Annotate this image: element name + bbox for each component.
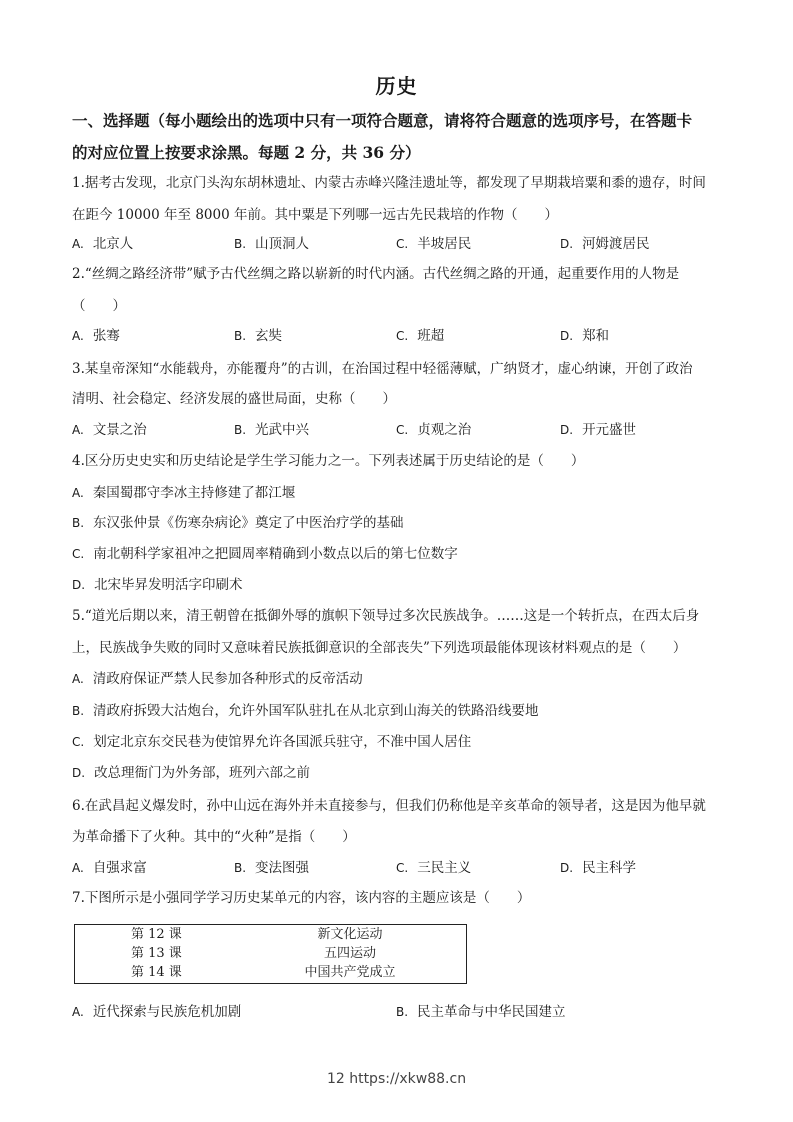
question-3-option-b: B.光武中兴 [234, 421, 309, 439]
question-6-option-c: C.三民主义 [396, 859, 471, 877]
option-text: 贞观之治 [417, 422, 471, 438]
option-key: A. [72, 1005, 84, 1019]
page-footer: 12 https://xkw88.cn [0, 1071, 793, 1087]
option-key: D. [560, 861, 573, 875]
option-text: 玄奘 [255, 328, 282, 344]
question-1-line-1: 1.据考古发现，北京门头沟东胡林遗址、内蒙古赤峰兴隆洼遗址等，都发现了早期栽培粟… [72, 174, 706, 192]
option-key: C. [72, 735, 84, 749]
option-key: B. [234, 237, 246, 251]
option-key: A. [72, 486, 84, 500]
option-key: D. [560, 237, 573, 251]
lesson-row: 第 13 课 五四运动 [75, 944, 466, 963]
option-text: 秦国蜀郡守李冰主持修建了都江堰 [93, 485, 296, 501]
option-key: D. [72, 766, 85, 780]
option-text: 北京人 [93, 236, 134, 252]
option-key: C. [396, 861, 408, 875]
option-text: 改总理衙门为外务部，班列六部之前 [94, 765, 310, 781]
question-1-option-d: D.河姆渡居民 [560, 235, 650, 253]
option-key: A. [72, 329, 84, 343]
option-text: 清政府拆毁大沽炮台，允许外国军队驻扎在从北京到山海关的铁路沿线要地 [93, 703, 539, 719]
section-heading: 一、选择题（每小题绘出的选项中只有一项符合题意，请将符合题意的选项序号，在答题卡… [72, 105, 722, 169]
question-6-line-2: 为革命播下了火种。其中的“火种”是指（ ） [72, 828, 356, 846]
question-1-line-2: 在距今 10000 年至 8000 年前。其中粟是下列哪一远古先民栽培的作物（ … [72, 206, 558, 224]
option-text: 河姆渡居民 [582, 236, 650, 252]
option-text: 民主科学 [582, 860, 636, 876]
question-3-option-a: A.文景之治 [72, 421, 147, 439]
option-text: 清政府保证严禁人民参加各种形式的反帝活动 [93, 671, 363, 687]
option-key: C. [396, 423, 408, 437]
question-5-option-b: B.清政府拆毁大沽炮台，允许外国军队驻扎在从北京到山海关的铁路沿线要地 [72, 702, 539, 720]
section-heading-line-2: 的对应位置上按要求涂黑。每题 2 分，共 36 分） [72, 137, 722, 169]
question-5-option-c: C.划定北京东交民巷为使馆界允许各国派兵驻守，不准中国人居住 [72, 733, 471, 751]
lesson-number: 第 12 课 [131, 925, 182, 944]
question-7-line-1: 7.下图所示是小强同学学习历史某单元的内容，该内容的主题应该是（ ） [72, 889, 530, 907]
question-2-option-d: D.郑和 [560, 327, 609, 345]
question-2-line-2: （ ） [72, 297, 126, 315]
question-7-option-a: A.近代探索与民族危机加剧 [72, 1003, 241, 1021]
option-key: C. [72, 547, 84, 561]
option-key: B. [234, 423, 246, 437]
option-text: 自强求富 [93, 860, 147, 876]
option-text: 三民主义 [417, 860, 471, 876]
question-6-line-1: 6.在武昌起义爆发时，孙中山远在海外并未直接参与，但我们仍称他是辛亥革命的领导者… [72, 797, 706, 815]
question-4-option-a: A.秦国蜀郡守李冰主持修建了都江堰 [72, 484, 295, 502]
lesson-topic: 新文化运动 [275, 925, 425, 944]
question-6-option-a: A.自强求富 [72, 859, 147, 877]
question-6-option-b: B.变法图强 [234, 859, 309, 877]
option-text: 郑和 [582, 328, 609, 344]
exam-page: 历史 一、选择题（每小题绘出的选项中只有一项符合题意，请将符合题意的选项序号，在… [0, 0, 793, 1122]
option-text: 东汉张仲景《伤寒杂病论》奠定了中医治疗学的基础 [93, 515, 404, 531]
option-text: 北宋毕昇发明活字印刷术 [94, 577, 243, 593]
question-5-line-2: 上，民族战争失败的同时又意味着民族抵御意识的全部丧失”下列选项最能体现该材料观点… [72, 639, 686, 657]
question-6-option-d: D.民主科学 [560, 859, 636, 877]
question-3-line-1: 3.某皇帝深知“水能载舟，亦能覆舟”的古训，在治国过程中轻徭薄赋，广纳贤才，虚心… [72, 360, 693, 378]
question-5-line-1: 5.“道光后期以来，清王朝曾在抵御外辱的旗帜下领导过多次民族战争。……这是一个转… [72, 607, 699, 625]
option-key: B. [234, 861, 246, 875]
option-text: 近代探索与民族危机加剧 [93, 1004, 242, 1020]
option-key: C. [396, 237, 408, 251]
question-4-option-c: C.南北朝科学家祖冲之把圆周率精确到小数点以后的第七位数字 [72, 545, 458, 563]
lesson-table: 第 12 课 新文化运动 第 13 课 五四运动 第 14 课 中国共产党成立 [74, 924, 467, 984]
option-text: 文景之治 [93, 422, 147, 438]
option-text: 开元盛世 [582, 422, 636, 438]
question-2-option-a: A.张骞 [72, 327, 120, 345]
question-4-line-1: 4.区分历史史实和历史结论是学生学习能力之一。下列表述属于历史结论的是（ ） [72, 452, 584, 470]
option-key: B. [396, 1005, 408, 1019]
option-key: A. [72, 423, 84, 437]
question-1-option-c: C.半坡居民 [396, 235, 471, 253]
question-3-option-d: D.开元盛世 [560, 421, 636, 439]
option-key: B. [234, 329, 246, 343]
question-5-option-a: A.清政府保证严禁人民参加各种形式的反帝活动 [72, 670, 363, 688]
option-text: 山顶洞人 [255, 236, 309, 252]
option-key: D. [560, 329, 573, 343]
question-2-line-1: 2.“丝绸之路经济带”赋予古代丝绸之路以崭新的时代内涵。古代丝绸之路的开通，起重… [72, 265, 679, 283]
question-1-option-a: A.北京人 [72, 235, 133, 253]
option-text: 划定北京东交民巷为使馆界允许各国派兵驻守，不准中国人居住 [93, 734, 471, 750]
lesson-number: 第 14 课 [131, 963, 182, 982]
question-2-option-b: B.玄奘 [234, 327, 282, 345]
lesson-number: 第 13 课 [131, 944, 182, 963]
option-text: 变法图强 [255, 860, 309, 876]
question-4-option-d: D.北宋毕昇发明活字印刷术 [72, 576, 243, 594]
option-key: A. [72, 861, 84, 875]
page-title: 历史 [0, 70, 793, 99]
question-7-option-b: B.民主革命与中华民国建立 [396, 1003, 566, 1021]
lesson-row: 第 14 课 中国共产党成立 [75, 963, 466, 982]
option-key: D. [560, 423, 573, 437]
option-key: B. [72, 516, 84, 530]
question-3-option-c: C.贞观之治 [396, 421, 471, 439]
section-heading-line-1: 一、选择题（每小题绘出的选项中只有一项符合题意，请将符合题意的选项序号，在答题卡 [72, 105, 722, 137]
option-key: A. [72, 237, 84, 251]
question-4-option-b: B.东汉张仲景《伤寒杂病论》奠定了中医治疗学的基础 [72, 514, 404, 532]
option-text: 民主革命与中华民国建立 [417, 1004, 566, 1020]
question-5-option-d: D.改总理衙门为外务部，班列六部之前 [72, 764, 310, 782]
lesson-topic: 中国共产党成立 [275, 963, 425, 982]
option-text: 班超 [417, 328, 444, 344]
question-1-option-b: B.山顶洞人 [234, 235, 309, 253]
option-key: D. [72, 578, 85, 592]
lesson-row: 第 12 课 新文化运动 [75, 925, 466, 944]
option-key: A. [72, 672, 84, 686]
question-2-option-c: C.班超 [396, 327, 444, 345]
lesson-topic: 五四运动 [275, 944, 425, 963]
option-text: 光武中兴 [255, 422, 309, 438]
option-key: B. [72, 704, 84, 718]
option-key: C. [396, 329, 408, 343]
question-3-line-2: 清明、社会稳定、经济发展的盛世局面，史称（ ） [72, 390, 396, 408]
option-text: 南北朝科学家祖冲之把圆周率精确到小数点以后的第七位数字 [93, 546, 458, 562]
option-text: 张骞 [93, 328, 120, 344]
option-text: 半坡居民 [417, 236, 471, 252]
